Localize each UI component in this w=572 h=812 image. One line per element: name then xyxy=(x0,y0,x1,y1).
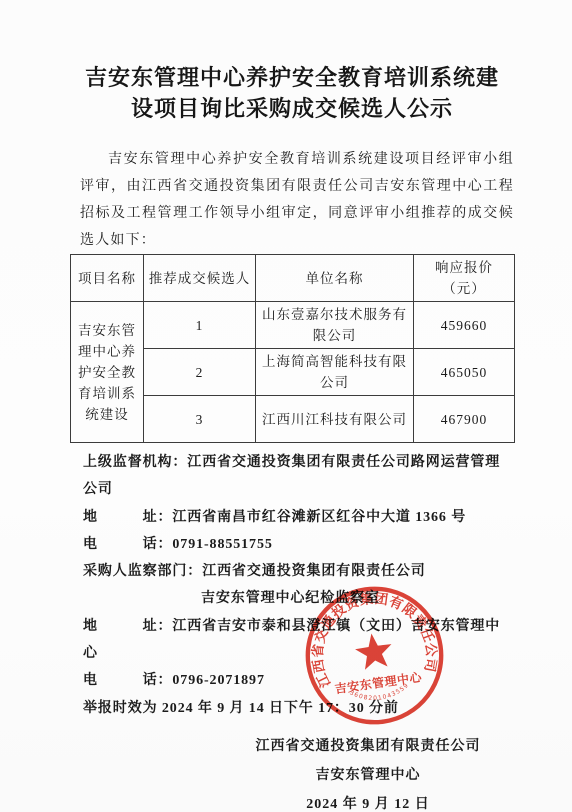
rank-cell: 3 xyxy=(144,396,256,443)
info-line-purchaser-dept-cont: 吉安东管理中心纪检监察室 xyxy=(83,585,514,612)
candidates-table: 项目名称 推荐成交候选人 单位名称 响应报价（元） 吉安东管理中心养护安全教育培… xyxy=(70,254,515,443)
table-row: 吉安东管理中心养护安全教育培训系统建设 1 山东壹嘉尔技术服务有限公司 4596… xyxy=(71,302,515,349)
signature-block: 江西省交通投资集团有限责任公司 吉安东管理中心 2024 年 9 月 12 日 xyxy=(222,732,514,812)
company-cell: 上海简高智能科技有限公司 xyxy=(256,349,414,396)
document-content: 吉安东管理中心养护安全教育培训系统建 设项目询比采购成交候选人公示 吉安东管理中… xyxy=(0,0,572,812)
signature-company: 江西省交通投资集团有限责任公司 xyxy=(222,732,514,761)
header-project-name: 项目名称 xyxy=(71,255,144,302)
info-line-purchaser-address: 地 址：江西省吉安市泰和县澄江镇（文田）吉安东管理中心 xyxy=(83,613,514,668)
info-line-supervisor-address: 地 址：江西省南昌市红谷滩新区红谷中大道 1366 号 xyxy=(83,504,514,531)
company-cell: 江西川江科技有限公司 xyxy=(256,396,414,443)
supervision-info-block: 上级监督机构：江西省交通投资集团有限责任公司路网运营管理公司 地 址：江西省南昌… xyxy=(70,449,514,722)
document-title-line1: 吉安东管理中心养护安全教育培训系统建 xyxy=(70,62,514,93)
info-line-purchaser-phone: 电 话：0796-2071897 xyxy=(83,667,514,694)
info-line-supervisor-phone: 电 话：0791-88551755 xyxy=(83,531,514,558)
price-cell: 465050 xyxy=(414,349,515,396)
project-name-cell: 吉安东管理中心养护安全教育培训系统建设 xyxy=(71,302,144,443)
rank-cell: 1 xyxy=(144,302,256,349)
price-cell: 467900 xyxy=(414,396,515,443)
price-cell: 459660 xyxy=(414,302,515,349)
header-bid-price: 响应报价（元） xyxy=(414,255,515,302)
signature-date: 2024 年 9 月 12 日 xyxy=(222,790,514,812)
intro-paragraph: 吉安东管理中心养护安全教育培训系统建设项目经评审小组评审，由江西省交通投资集团有… xyxy=(70,146,514,254)
announcement-page: 吉安东管理中心养护安全教育培训系统建 设项目询比采购成交候选人公示 吉安东管理中… xyxy=(0,0,572,812)
signature-department: 吉安东管理中心 xyxy=(222,761,514,790)
company-cell: 山东壹嘉尔技术服务有限公司 xyxy=(256,302,414,349)
document-title-line2: 设项目询比采购成交候选人公示 xyxy=(70,93,514,124)
header-candidate-rank: 推荐成交候选人 xyxy=(144,255,256,302)
header-company-name: 单位名称 xyxy=(256,255,414,302)
rank-cell: 2 xyxy=(144,349,256,396)
document-title: 吉安东管理中心养护安全教育培训系统建 设项目询比采购成交候选人公示 xyxy=(70,62,514,124)
table-header-row: 项目名称 推荐成交候选人 单位名称 响应报价（元） xyxy=(71,255,515,302)
info-line-report-deadline: 举报时效为 2024 年 9 月 14 日下午 17：30 分前 xyxy=(83,695,514,722)
info-line-purchaser-dept: 采购人监察部门：江西省交通投资集团有限责任公司 xyxy=(83,558,514,585)
info-line-supervisor: 上级监督机构：江西省交通投资集团有限责任公司路网运营管理公司 xyxy=(83,449,514,504)
